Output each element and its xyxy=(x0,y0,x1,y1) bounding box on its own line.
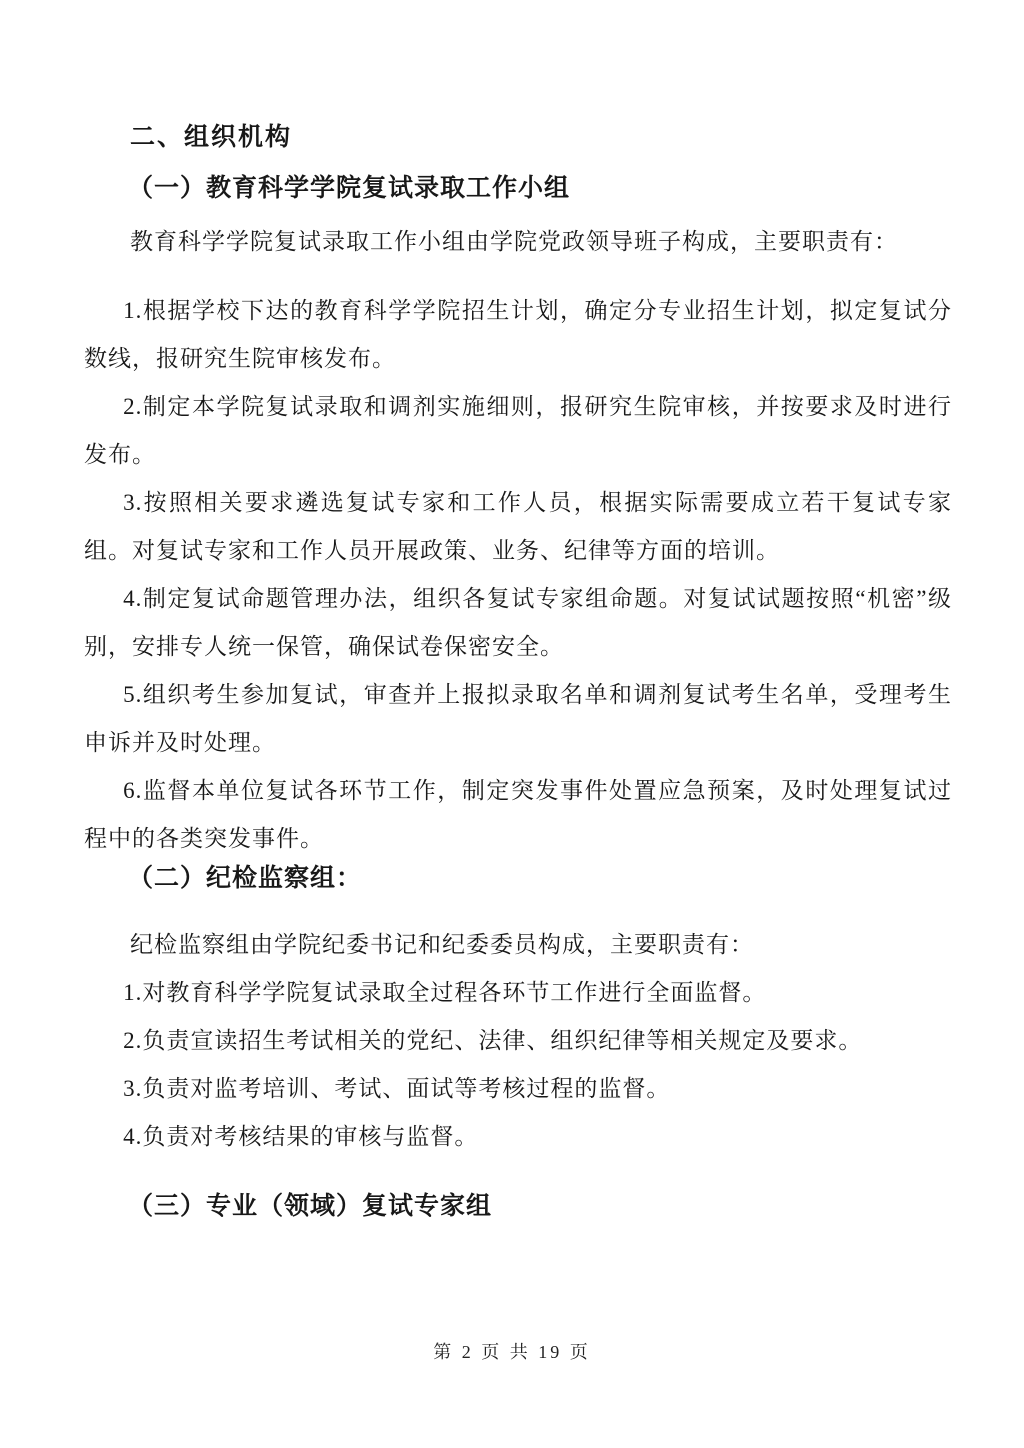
subsection-1-item-1: 1.根据学校下达的教育科学学院招生计划，确定分专业招生计划，拟定复试分数线，报研… xyxy=(84,287,952,383)
subsection-2-item-4: 4.负责对考核结果的审核与监督。 xyxy=(84,1113,952,1161)
subsection-2-item-1: 1.对教育科学学院复试录取全过程各环节工作进行全面监督。 xyxy=(84,969,952,1017)
section-heading: 二、组织机构 xyxy=(84,122,952,154)
document-page: 二、组织机构 （一）教育科学学院复试录取工作小组 教育科学学院复试录取工作小组由… xyxy=(0,0,1024,1448)
subsection-1-item-6: 6.监督本单位复试各环节工作，制定突发事件处置应急预案，及时处理复试过程中的各类… xyxy=(84,767,952,863)
subsection-1-intro-paragraph: 教育科学学院复试录取工作小组由学院党政领导班子构成，主要职责有： xyxy=(84,218,952,266)
subsection-2-intro-paragraph: 纪检监察组由学院纪委书记和纪委委员构成，主要职责有： xyxy=(84,921,952,969)
subsection-3-title: （三）专业（领域）复试专家组 xyxy=(84,1191,952,1223)
subsection-1-item-4: 4.制定复试命题管理办法，组织各复试专家组命题。对复试试题按照“机密”级别，安排… xyxy=(84,575,952,671)
subsection-1-item-3: 3.按照相关要求遴选复试专家和工作人员，根据实际需要成立若干复试专家组。对复试专… xyxy=(84,479,952,575)
subsection-1-item-5: 5.组织考生参加复试，审查并上报拟录取名单和调剂复试考生名单，受理考生申诉并及时… xyxy=(84,671,952,767)
subsection-2-title: （二）纪检监察组： xyxy=(84,863,952,895)
subsection-2-item-2: 2.负责宣读招生考试相关的党纪、法律、组织纪律等相关规定及要求。 xyxy=(84,1017,952,1065)
subsection-1-item-2: 2.制定本学院复试录取和调剂实施细则，报研究生院审核，并按要求及时进行发布。 xyxy=(84,383,952,479)
document-content: 二、组织机构 （一）教育科学学院复试录取工作小组 教育科学学院复试录取工作小组由… xyxy=(0,0,1024,1223)
subsection-2-item-3: 3.负责对监考培训、考试、面试等考核过程的监督。 xyxy=(84,1065,952,1113)
page-number-footer: 第 2 页 共 19 页 xyxy=(0,1338,1024,1364)
subsection-1-title: （一）教育科学学院复试录取工作小组 xyxy=(84,173,952,205)
